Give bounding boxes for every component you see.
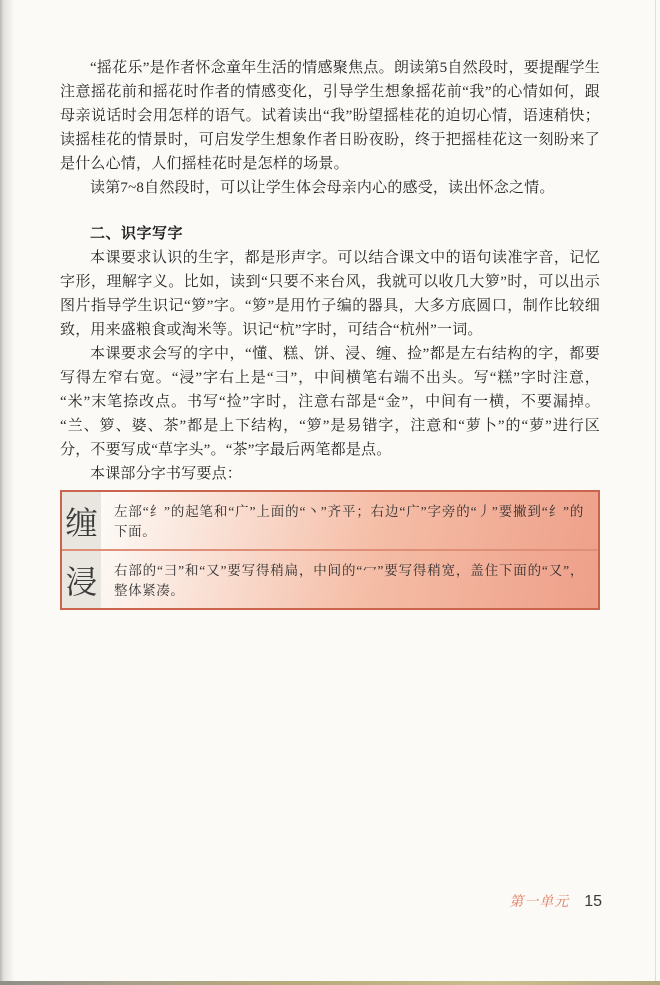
character-cell-chan: 缠	[62, 492, 101, 549]
book-page: “摇花乐”是作者怀念童年生活的情感聚焦点。朗读第5自然段时，要提醒学生注意摇花前…	[0, 0, 660, 985]
tip-cell-jin: 右部的“彐”和“又”要写得稍扁，中间的“冖”要写得稍宽，盖住下面的“又”，整体紧…	[101, 551, 598, 608]
table-row-jin: 浸 右部的“彐”和“又”要写得稍扁，中间的“冖”要写得稍宽，盖住下面的“又”，整…	[62, 549, 598, 608]
table-row-chan: 缠 左部“纟”的起笔和“广”上面的“丶”齐平；右边“广”字旁的“丿”要撇到“纟”…	[62, 492, 598, 549]
writing-tips-table: 缠 左部“纟”的起笔和“广”上面的“丶”齐平；右边“广”字旁的“丿”要撇到“纟”…	[60, 490, 600, 610]
page-right-edge-line	[655, 0, 656, 985]
page-number: 15	[584, 893, 602, 911]
paragraph-write-characters: 本课要求会写的字中，“懂、糕、饼、浸、缠、捡”都是左右结构的字，都要写得左窄右宽…	[60, 342, 600, 462]
paragraph-reading-guide-shake-flowers: “摇花乐”是作者怀念童年生活的情感聚焦点。朗读第5自然段时，要提醒学生注意摇花前…	[60, 56, 600, 176]
page-bottom-edge	[0, 981, 660, 985]
unit-label: 第一单元	[509, 891, 569, 911]
character-cell-jin: 浸	[62, 551, 101, 608]
tip-cell-chan: 左部“纟”的起笔和“广”上面的“丶”齐平；右边“广”字旁的“丿”要撇到“纟”的下…	[101, 492, 598, 549]
paragraph-recognize-characters: 本课要求认识的生字，都是形声字。可以结合课文中的语句读准字音，记忆字形，理解字义…	[60, 246, 600, 342]
page-content: “摇花乐”是作者怀念童年生活的情感聚焦点。朗读第5自然段时，要提醒学生注意摇花前…	[60, 0, 600, 610]
paragraph-table-intro: 本课部分字书写要点：	[60, 462, 600, 486]
page-left-edge-shadow	[0, 0, 16, 985]
section-heading-literacy-writing: 二、识字写字	[60, 222, 600, 246]
paragraph-reading-paragraphs-7-8: 读第7~8自然段时，可以让学生体会母亲内心的感受，读出怀念之情。	[60, 176, 600, 200]
page-footer: 第一单元 15	[509, 891, 602, 911]
